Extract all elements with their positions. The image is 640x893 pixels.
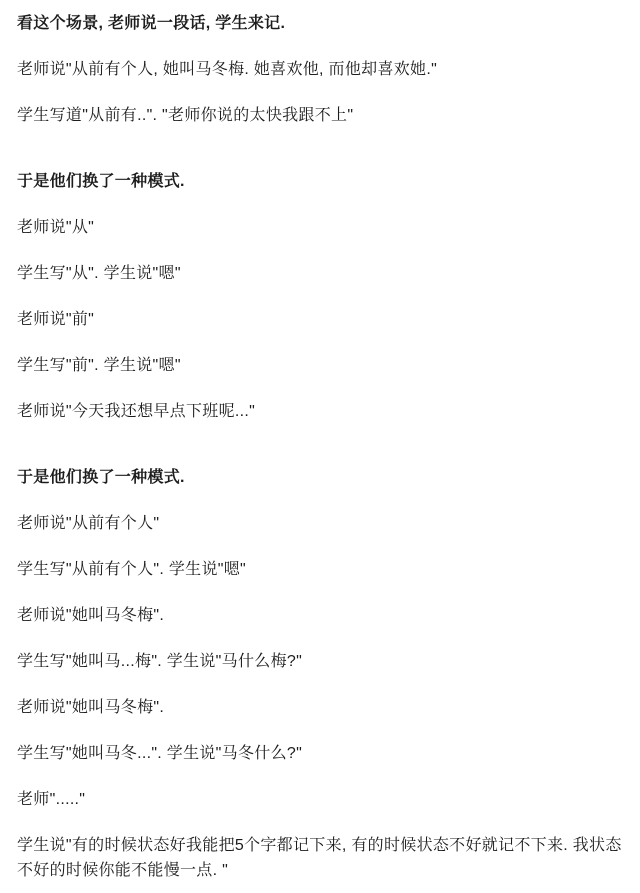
article-paragraph: 学生写"前". 学生说"嗯" [17,353,622,378]
article-paragraph: 老师"....." [17,787,622,812]
article-paragraph: 学生写"她叫马...梅". 学生说"马什么梅?" [17,649,622,674]
article-paragraph: 学生说"有的时候状态好我能把5个字都记下来, 有的时候状态不好就记不下来. 我状… [17,833,622,883]
article-paragraph: 老师说"从" [17,215,622,240]
article-paragraph: 老师说"从前有个人, 她叫马冬梅. 她喜欢他, 而他却喜欢她." [17,57,622,82]
section-heading: 看这个场景, 老师说一段话, 学生来记. [17,11,622,36]
article-paragraph: 学生写"从". 学生说"嗯" [17,261,622,286]
article-paragraph: 学生写"从前有个人". 学生说"嗯" [17,557,622,582]
article-paragraph: 老师说"前" [17,307,622,332]
article-paragraph: 老师说"她叫马冬梅". [17,603,622,628]
section-heading: 于是他们换了一种模式. [17,465,622,490]
article-body: 看这个场景, 老师说一段话, 学生来记.老师说"从前有个人, 她叫马冬梅. 她喜… [0,0,640,883]
article-paragraph: 老师说"今天我还想早点下班呢..." [17,399,622,424]
article-paragraph: 学生写道"从前有..". "老师你说的太快我跟不上" [17,103,622,128]
article-paragraph: 学生写"她叫马冬...". 学生说"马冬什么?" [17,741,622,766]
section-heading: 于是他们换了一种模式. [17,169,622,194]
article-paragraph: 老师说"她叫马冬梅". [17,695,622,720]
article-paragraph: 老师说"从前有个人" [17,511,622,536]
